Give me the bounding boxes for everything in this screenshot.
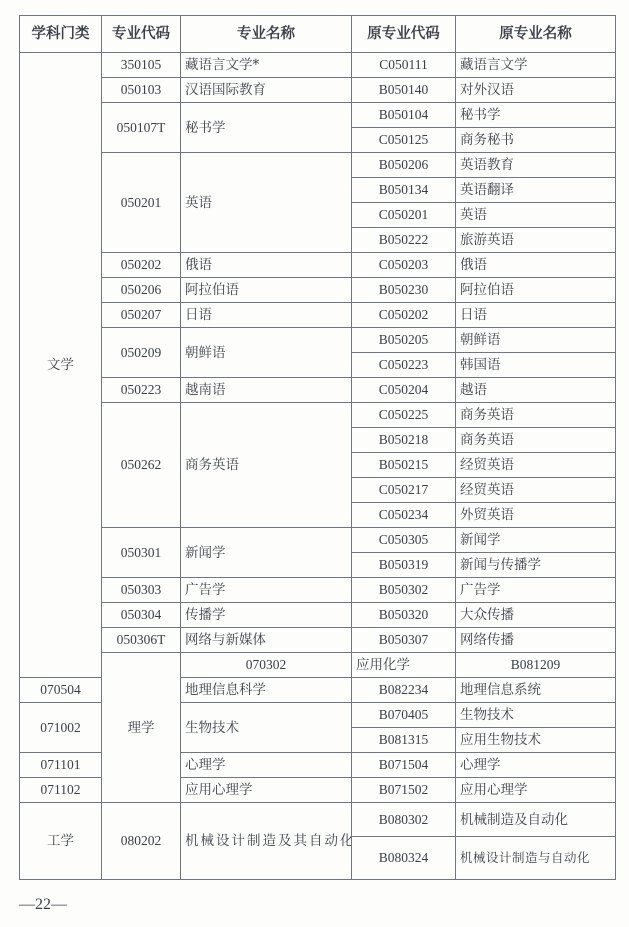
old-major-name: 越语 [456, 378, 616, 403]
old-major-name: 商务秘书 [456, 128, 616, 153]
old-major-name: 新闻与传播学 [456, 553, 616, 578]
old-major-name: 网络传播 [456, 628, 616, 653]
old-major-code: B050319 [352, 553, 456, 578]
table-row: 050206 阿拉伯语 B050230 阿拉伯语 [20, 278, 616, 303]
old-major-name: 俄语 [456, 253, 616, 278]
old-major-name: 商务英语 [456, 403, 616, 428]
old-major-name: 藏语言文学 [456, 53, 616, 78]
old-major-code: B050222 [352, 228, 456, 253]
major-code: 050223 [102, 378, 181, 403]
major-code: 050304 [102, 603, 181, 628]
major-code: 050207 [102, 303, 181, 328]
table-row: 050262 商务英语 C050225 商务英语 [20, 403, 616, 428]
old-major-name: 阿拉伯语 [456, 278, 616, 303]
major-name: 机械设计制造及其自动化 [181, 803, 352, 880]
old-major-code: B050302 [352, 578, 456, 603]
table-row: 050202 俄语 C050203 俄语 [20, 253, 616, 278]
major-code: 350105 [102, 53, 181, 78]
old-major-code: B050140 [352, 78, 456, 103]
major-name: 网络与新媒体 [181, 628, 352, 653]
old-major-name: 旅游英语 [456, 228, 616, 253]
major-mapping-table: 学科门类 专业代码 专业名称 原专业代码 原专业名称 文学 350105 藏语言… [19, 15, 616, 880]
major-name: 日语 [181, 303, 352, 328]
old-major-code: B080302 [352, 803, 456, 837]
header-old-major-name: 原专业名称 [456, 16, 616, 53]
old-major-code: C050223 [352, 353, 456, 378]
old-major-code: B050230 [352, 278, 456, 303]
old-major-code: B071502 [352, 778, 456, 803]
header-major-code: 专业代码 [102, 16, 181, 53]
old-major-name: 经贸英语 [456, 478, 616, 503]
old-major-name: 心理学 [456, 753, 616, 778]
old-major-name: 机械制造及自动化 [456, 803, 616, 837]
old-major-name: 日语 [456, 303, 616, 328]
major-code: 050301 [102, 528, 181, 578]
major-code: 050103 [102, 78, 181, 103]
major-code: 071102 [20, 778, 102, 803]
old-major-code: B081209 [456, 653, 616, 678]
major-name: 英语 [181, 153, 352, 253]
old-major-name: 外贸英语 [456, 503, 616, 528]
old-major-code: C050111 [352, 53, 456, 78]
major-code: 070504 [20, 678, 102, 703]
header-old-major-code: 原专业代码 [352, 16, 456, 53]
old-major-name: 应用心理学 [456, 778, 616, 803]
table-row: 050209 朝鲜语 B050205 朝鲜语 [20, 328, 616, 353]
table-row: 050207 日语 C050202 日语 [20, 303, 616, 328]
old-major-name: 英语 [456, 203, 616, 228]
major-name: 越南语 [181, 378, 352, 403]
page-number: —22— [19, 896, 67, 914]
major-code: 050202 [102, 253, 181, 278]
major-name: 广告学 [181, 578, 352, 603]
header-major-name: 专业名称 [181, 16, 352, 53]
header-category: 学科门类 [20, 16, 102, 53]
major-name: 藏语言文学* [181, 53, 352, 78]
major-name: 朝鲜语 [181, 328, 352, 378]
old-major-code: B050218 [352, 428, 456, 453]
major-name: 俄语 [181, 253, 352, 278]
old-major-code: B071504 [352, 753, 456, 778]
old-major-name: 英语翻译 [456, 178, 616, 203]
old-major-code: B082234 [352, 678, 456, 703]
old-major-code: C050225 [352, 403, 456, 428]
old-major-code: C050202 [352, 303, 456, 328]
old-major-name: 经贸英语 [456, 453, 616, 478]
major-code: 050262 [102, 403, 181, 528]
major-name: 生物技术 [181, 703, 352, 753]
table-row: 文学 350105 藏语言文学* C050111 藏语言文学 [20, 53, 616, 78]
old-major-code: B070405 [352, 703, 456, 728]
old-major-code: B050205 [352, 328, 456, 353]
old-major-code: B050215 [352, 453, 456, 478]
old-major-code: C050201 [352, 203, 456, 228]
major-name: 应用化学 [352, 653, 456, 678]
major-code: 071002 [20, 703, 102, 753]
major-code: 050303 [102, 578, 181, 603]
old-major-code: B050307 [352, 628, 456, 653]
table-row: 050304 传播学 B050320 大众传播 [20, 603, 616, 628]
old-major-name: 新闻学 [456, 528, 616, 553]
old-major-name: 广告学 [456, 578, 616, 603]
old-major-code: C050204 [352, 378, 456, 403]
major-code: 050206 [102, 278, 181, 303]
table-row: 工学 080202 机械设计制造及其自动化 B080302 机械制造及自动化 [20, 803, 616, 837]
old-major-code: B050206 [352, 153, 456, 178]
major-code: 050107T [102, 103, 181, 153]
old-major-name: 机械设计制造与自动化 [456, 837, 616, 880]
old-major-name: 生物技术 [456, 703, 616, 728]
table-row: 050107T 秘书学 B050104 秘书学 [20, 103, 616, 128]
major-name: 商务英语 [181, 403, 352, 528]
major-code: 070302 [181, 653, 352, 678]
table-row: 050306T 网络与新媒体 B050307 网络传播 [20, 628, 616, 653]
old-major-code: C050203 [352, 253, 456, 278]
old-major-code: B050134 [352, 178, 456, 203]
table-row: 050223 越南语 C050204 越语 [20, 378, 616, 403]
major-name: 应用心理学 [181, 778, 352, 803]
old-major-code: B081315 [352, 728, 456, 753]
major-code: 050201 [102, 153, 181, 253]
major-name: 新闻学 [181, 528, 352, 578]
old-major-code: C050217 [352, 478, 456, 503]
old-major-code: C050125 [352, 128, 456, 153]
table-row: 050301 新闻学 C050305 新闻学 [20, 528, 616, 553]
old-major-name: 英语教育 [456, 153, 616, 178]
old-major-code: B050320 [352, 603, 456, 628]
old-major-name: 朝鲜语 [456, 328, 616, 353]
table-row: 理学 070302 应用化学 B081209 应用化学 [20, 653, 616, 678]
major-name: 汉语国际教育 [181, 78, 352, 103]
table-row: 050103 汉语国际教育 B050140 对外汉语 [20, 78, 616, 103]
old-major-code: C050305 [352, 528, 456, 553]
category-cell: 文学 [20, 53, 102, 678]
category-cell: 理学 [102, 653, 181, 803]
old-major-name: 对外汉语 [456, 78, 616, 103]
major-name: 秘书学 [181, 103, 352, 153]
header-row: 学科门类 专业代码 专业名称 原专业代码 原专业名称 [20, 16, 616, 53]
major-name: 地理信息科学 [181, 678, 352, 703]
major-name: 传播学 [181, 603, 352, 628]
major-code: 050209 [102, 328, 181, 378]
category-cell: 工学 [20, 803, 102, 880]
old-major-name: 韩国语 [456, 353, 616, 378]
major-code: 080202 [102, 803, 181, 880]
old-major-code: C050234 [352, 503, 456, 528]
old-major-name: 大众传播 [456, 603, 616, 628]
major-code: 050306T [102, 628, 181, 653]
major-code: 071101 [20, 753, 102, 778]
old-major-code: B080324 [352, 837, 456, 880]
major-name: 阿拉伯语 [181, 278, 352, 303]
old-major-code: B050104 [352, 103, 456, 128]
old-major-name: 应用生物技术 [456, 728, 616, 753]
table-row: 050303 广告学 B050302 广告学 [20, 578, 616, 603]
old-major-name: 商务英语 [456, 428, 616, 453]
old-major-name: 秘书学 [456, 103, 616, 128]
major-name: 心理学 [181, 753, 352, 778]
table-row: 050201 英语 B050206 英语教育 [20, 153, 616, 178]
old-major-name: 地理信息系统 [456, 678, 616, 703]
